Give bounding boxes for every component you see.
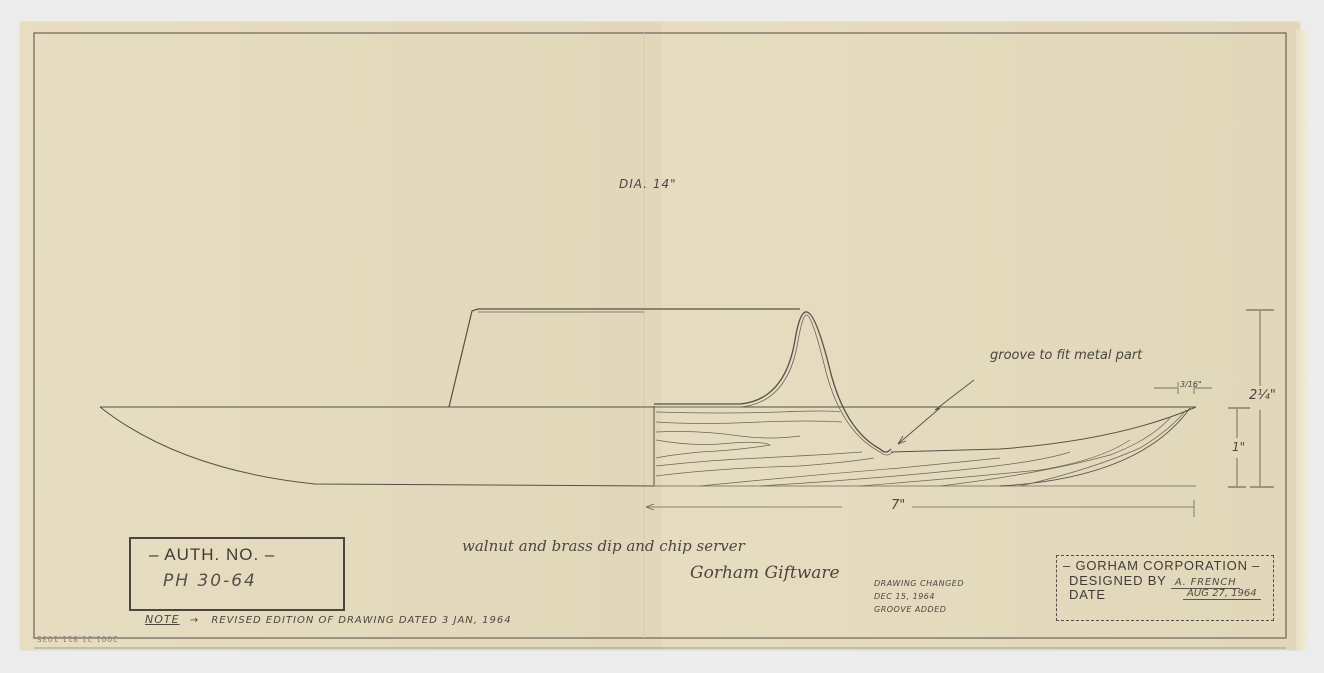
change-note-line3: GROOVE ADDED: [874, 603, 964, 616]
catalog-number: 2001.21.811.1035: [36, 634, 118, 643]
dimension-width: 7": [891, 498, 905, 513]
product-description: walnut and brass dip and chip server: [462, 537, 745, 555]
title-block: – GORHAM CORPORATION – DESIGNED BY A. FR…: [1056, 555, 1274, 621]
date-row: DATE: [1069, 587, 1106, 602]
change-note: DRAWING CHANGED DEC 15, 1964 GROOVE ADDE…: [874, 577, 964, 616]
design-date: AUG 27, 1964: [1183, 588, 1261, 600]
change-note-line1: DRAWING CHANGED: [874, 577, 964, 590]
revision-note: NOTE → REVISED EDITION OF DRAWING DATED …: [145, 613, 512, 626]
bowl-left-profile: [100, 407, 654, 486]
auth-number-box: – AUTH. NO. – PH 30-64: [129, 537, 345, 611]
designed-by-row: DESIGNED BY A. FRENCH: [1069, 573, 1240, 588]
note-tag: NOTE: [145, 613, 180, 626]
company-name: – GORHAM CORPORATION –: [1063, 558, 1260, 573]
arrow-icon: →: [190, 615, 199, 626]
dimension-rim: 3/16": [1180, 380, 1202, 389]
brass-insert-curve: [654, 312, 891, 452]
diameter-label: DIA. 14": [619, 177, 677, 191]
dimension-base-height: 1": [1232, 440, 1245, 454]
dimension-total-height: 2¼": [1249, 388, 1276, 403]
change-note-line2: DEC 15, 1964: [874, 590, 964, 603]
auth-title: – AUTH. NO. –: [149, 545, 275, 565]
designed-by-label: DESIGNED BY: [1069, 573, 1166, 588]
date-label: DATE: [1069, 587, 1106, 602]
insert-profile: [449, 309, 800, 407]
wood-grain: [656, 410, 1186, 486]
note-text: REVISED EDITION OF DRAWING DATED 3 JAN, …: [211, 615, 511, 626]
groove-callout: groove to fit metal part: [990, 348, 1142, 363]
callout-arrow: [898, 380, 974, 444]
brand-name: Gorham Giftware: [690, 563, 840, 583]
auth-number: PH 30-64: [163, 571, 257, 591]
